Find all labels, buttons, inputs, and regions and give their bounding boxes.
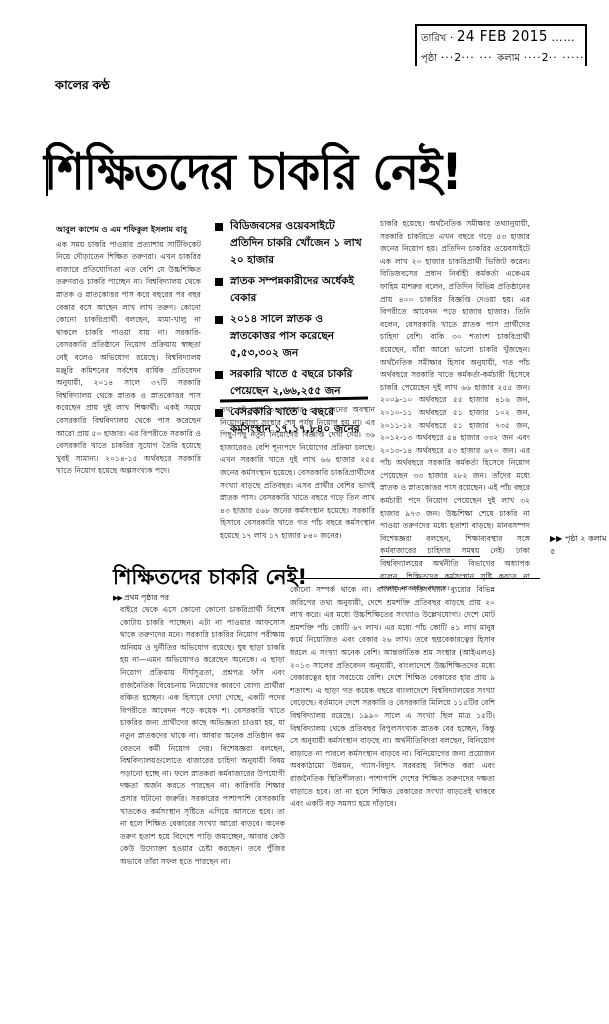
article-column-3: চাকরি হয়েছে। অর্থনৈতিক সমীক্ষার তথ্যানু…	[380, 218, 530, 590]
continued-marker: ▶▶ পৃষ্ঠা ২ কলাম ৫	[550, 533, 609, 559]
highlight-item: ২০১৪ সালে স্নাতক ও স্নাতকোত্তর পাস করেছে…	[215, 311, 370, 362]
stamp-date-row: তারিখ · 24 FEB 2015 ……	[421, 29, 575, 46]
stamp-column-value: 2	[542, 51, 549, 64]
double-arrow-icon: ▶▶	[113, 594, 122, 602]
continuation-headline: শিক্ষিতদের চাকরি নেই!	[113, 564, 307, 590]
date-stamp-box: তারিখ · 24 FEB 2015 …… পৃষ্ঠা ···2··· ··…	[415, 24, 587, 66]
continuation-column-2-text: কোনো সম্পর্ক থাকে না। বাংলাদেশ পরিসংখ্যা…	[290, 584, 495, 811]
article-column-1: আবুল কাশেম ও এম শফিকুল ইসলাম বাবু এক সময…	[56, 224, 201, 540]
highlight-item: স্নাতক সম্পন্নকারীদের অর্ধেকই বেকার	[215, 273, 370, 307]
article-byline: আবুল কাশেম ও এম শফিকুল ইসলাম বাবু	[56, 224, 201, 237]
bullet-square-icon	[215, 278, 223, 286]
highlight-item: সরকারি খাতে ৫ বছরে চাকরি পেয়েছেন ২,৬৬,২…	[215, 366, 370, 400]
stamp-date-label: তারিখ	[421, 33, 446, 44]
continuation-column-1: বাইরে থেকে এসে কোনো কোনো চাকরিপ্রার্থী ব…	[120, 604, 285, 940]
stamp-page-row: পৃষ্ঠা ···2··· ··· কলাম ····2·· ·····	[421, 50, 585, 66]
stamp-date-value: 24 FEB 2015	[457, 27, 548, 45]
bullet-square-icon	[215, 316, 223, 324]
stamp-page-label: পৃষ্ঠা	[421, 53, 437, 64]
article-column-1-text: এক সময় চাকরি পাওয়ার প্রত্যাশায় সার্টি…	[56, 239, 201, 478]
article-column-2: তথা দুই লাখ ৩৪ হাজার ৪৫২ জনের অবস্থান নি…	[220, 404, 375, 584]
continuation-column-1-text: বাইরে থেকে এসে কোনো কোনো চাকরিপ্রার্থী ব…	[120, 604, 285, 868]
continuation-rule	[290, 578, 540, 579]
newspaper-masthead: কালের কণ্ঠ	[55, 77, 110, 96]
highlight-item: বিডিজবসের ওয়েবসাইটে প্রতিদিন চাকরি খোঁজ…	[215, 218, 370, 269]
continuation-column-2: কোনো সম্পর্ক থাকে না। বাংলাদেশ পরিসংখ্যা…	[290, 584, 495, 954]
article-column-2-text: তথা দুই লাখ ৩৪ হাজার ৪৫২ জনের অবস্থান নি…	[220, 404, 375, 543]
article-column-3-text: চাকরি হয়েছে। অর্থনৈতিক সমীক্ষার তথ্যানু…	[380, 218, 530, 590]
stamp-column-label: কলাম	[497, 53, 520, 64]
page-headline: শিক্ষিতদের চাকরি নেই!	[44, 142, 462, 202]
bullet-square-icon	[215, 371, 223, 379]
section-end-rule	[380, 556, 480, 557]
bullet-square-icon	[215, 223, 223, 231]
